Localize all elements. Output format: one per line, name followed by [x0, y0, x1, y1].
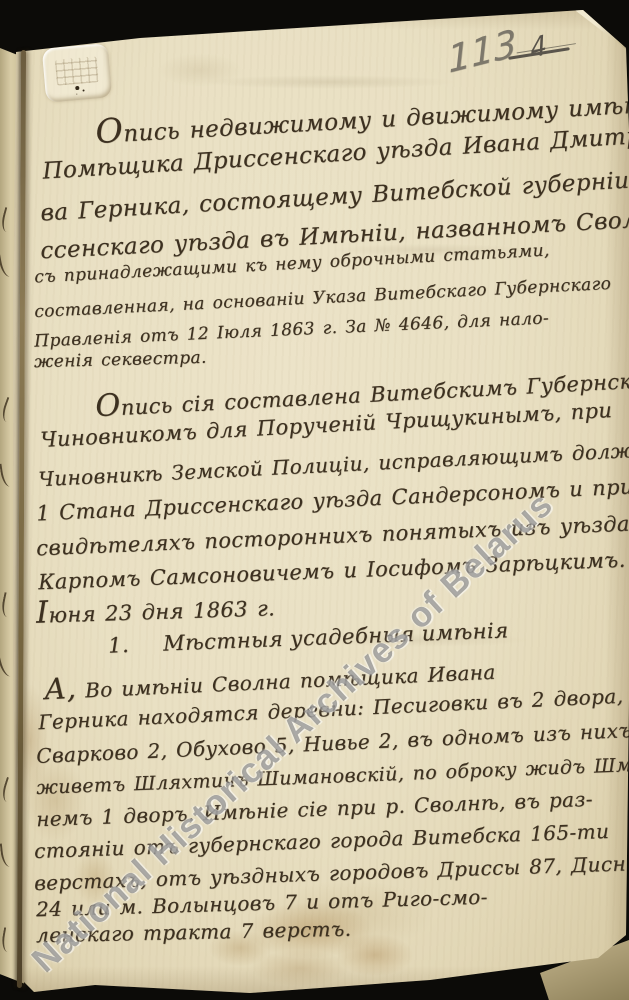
margin-ink-mark — [0, 462, 14, 487]
archival-scan: 113 4 1.Мѣстныя усадебныя имѣнія Опись н… — [0, 0, 629, 1000]
margin-ink-mark — [0, 777, 17, 803]
handwriting-line: женія секвестра. — [34, 348, 207, 373]
margin-ink-mark — [0, 927, 15, 953]
folio-number-pencil: 113 — [447, 21, 519, 82]
margin-ink-mark — [0, 207, 16, 233]
handwriting-line: Іюня 23 дня 1863 г. — [36, 588, 276, 630]
margin-ink-mark — [0, 252, 13, 278]
margin-ink-mark — [0, 842, 13, 867]
folio-number-crossed-out: 4 — [528, 30, 549, 66]
embossed-stamp-icon — [42, 43, 112, 103]
corner-fold — [574, 3, 628, 55]
section-number: 1. — [108, 633, 130, 658]
margin-ink-mark — [0, 652, 14, 678]
